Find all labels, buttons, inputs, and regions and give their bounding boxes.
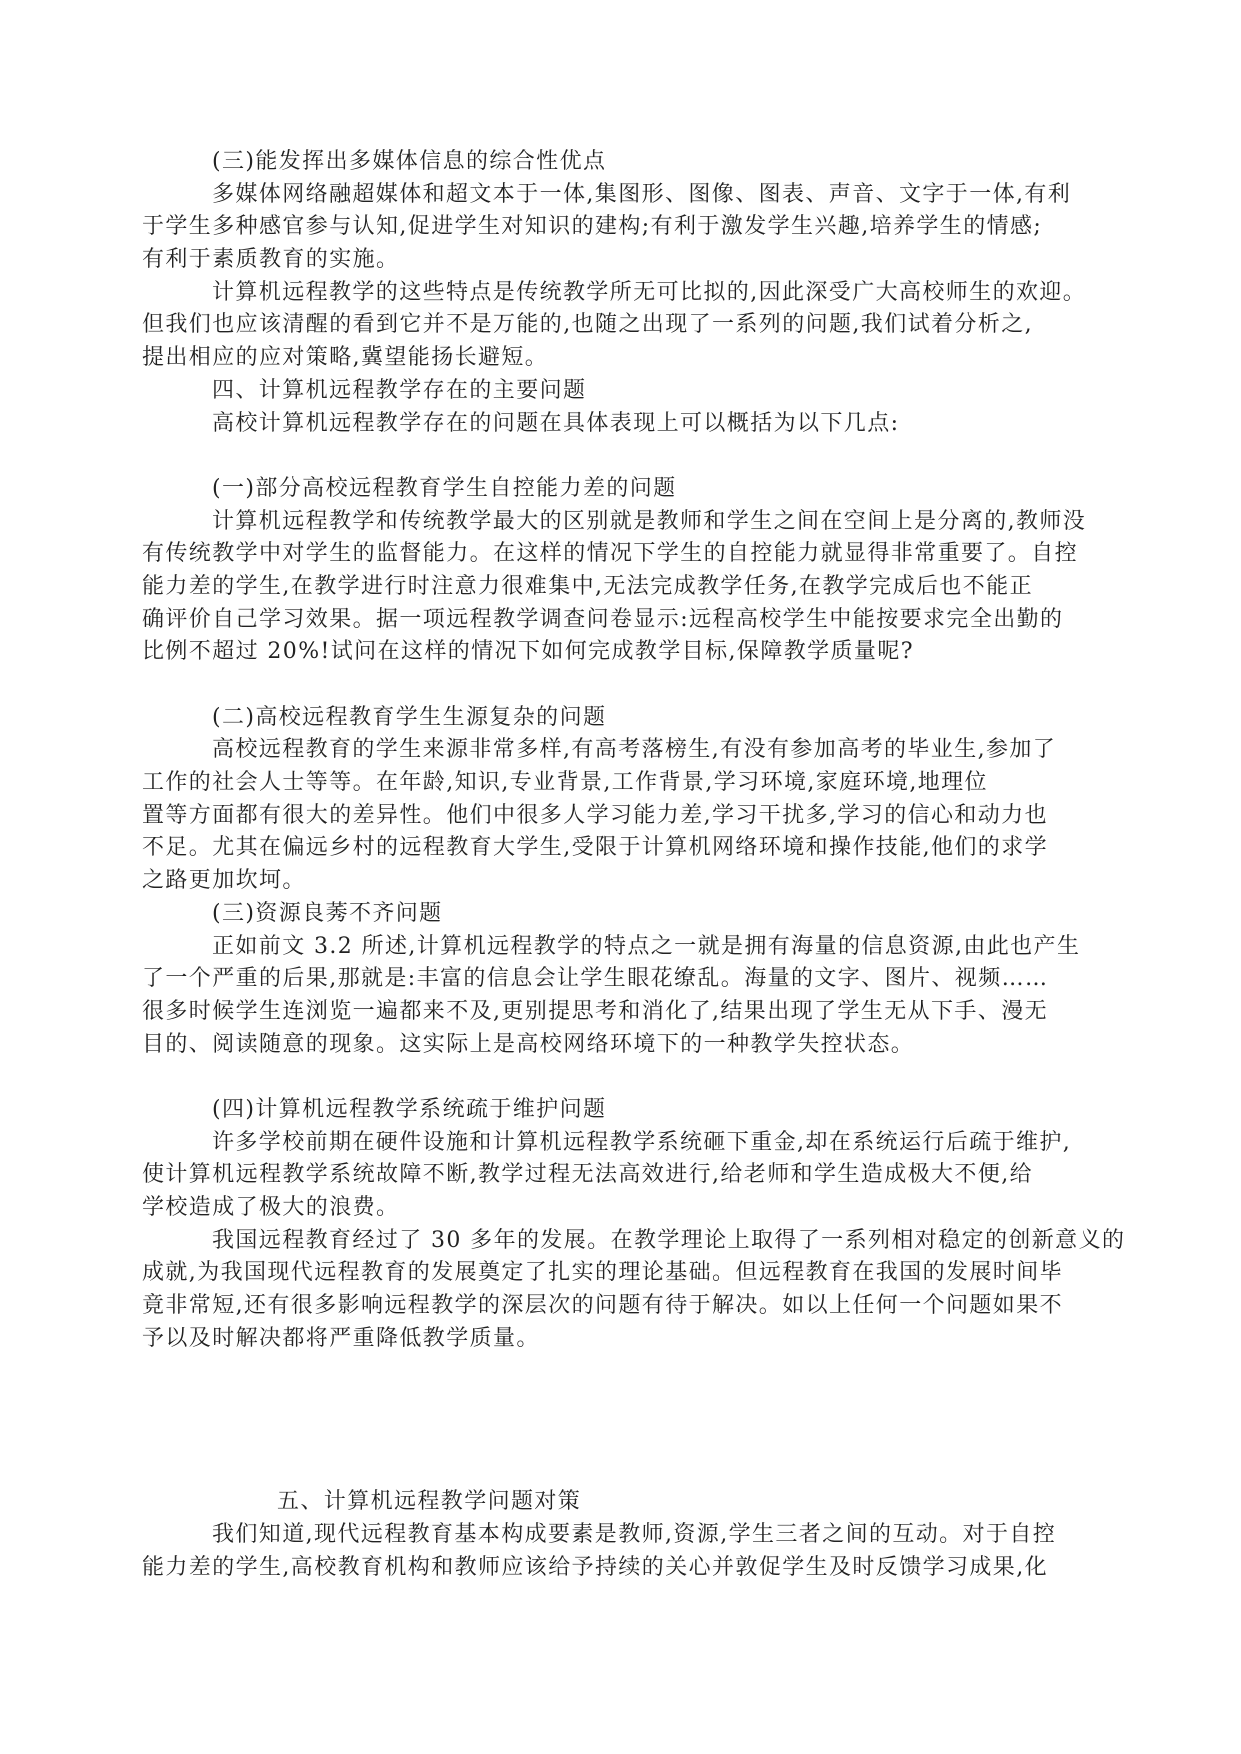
text-line: 学校造成了极大的浪费。 bbox=[142, 1192, 1107, 1225]
text-line: 我们知道,现代远程教育基本构成要素是教师,资源,学生三者之间的互动。对于自控 bbox=[142, 1519, 1107, 1552]
text-line: 了一个严重的后果,那就是:丰富的信息会让学生眼花缭乱。海量的文字、图片、视频…… bbox=[142, 963, 1107, 996]
document-page: (三)能发挥出多媒体信息的综合性优点多媒体网络融超媒体和超文本于一体,集图形、图… bbox=[0, 0, 1241, 1754]
text-line: 许多学校前期在硬件设施和计算机远程教学系统砸下重金,却在系统运行后疏于维护, bbox=[142, 1127, 1107, 1160]
text-line: 多媒体网络融超媒体和超文本于一体,集图形、图像、图表、声音、文字于一体,有利 bbox=[142, 179, 1107, 212]
document-text-block: (三)能发挥出多媒体信息的综合性优点多媒体网络融超媒体和超文本于一体,集图形、图… bbox=[142, 146, 1107, 1584]
blank-line bbox=[142, 669, 1107, 702]
text-line: 计算机远程教学和传统教学最大的区别就是教师和学生之间在空间上是分离的,教师没 bbox=[142, 506, 1107, 539]
text-line: 高校远程教育的学生来源非常多样,有高考落榜生,有没有参加高考的毕业生,参加了 bbox=[142, 734, 1107, 767]
text-line: 不足。尤其在偏远乡村的远程教育大学生,受限于计算机网络环境和操作技能,他们的求学 bbox=[142, 832, 1107, 865]
text-line: 置等方面都有很大的差异性。他们中很多人学习能力差,学习干扰多,学习的信心和动力也 bbox=[142, 800, 1107, 833]
text-line: 很多时候学生连浏览一遍都来不及,更别提思考和消化了,结果出现了学生无从下手、漫无 bbox=[142, 996, 1107, 1029]
text-line: 我国远程教育经过了 30 多年的发展。在教学理论上取得了一系列相对稳定的创新意义… bbox=[142, 1225, 1107, 1258]
text-line: 正如前文 3.2 所述,计算机远程教学的特点之一就是拥有海量的信息资源,由此也产… bbox=[142, 931, 1107, 964]
text-line: 确评价自己学习效果。据一项远程教学调查问卷显示:远程高校学生中能按要求完全出勤的 bbox=[142, 604, 1107, 637]
blank-line bbox=[142, 1355, 1107, 1388]
blank-line bbox=[142, 440, 1107, 473]
heading-line: 五、计算机远程教学问题对策 bbox=[142, 1486, 1107, 1519]
blank-line bbox=[142, 1421, 1107, 1454]
text-line: 有利于素质教育的实施。 bbox=[142, 244, 1107, 277]
text-line: 能力差的学生,高校教育机构和教师应该给予持续的关心并敦促学生及时反馈学习成果,化 bbox=[142, 1552, 1107, 1585]
text-line: 成就,为我国现代远程教育的发展奠定了扎实的理论基础。但远程教育在我国的发展时间毕 bbox=[142, 1257, 1107, 1290]
text-line: 工作的社会人士等等。在年龄,知识,专业背景,工作背景,学习环境,家庭环境,地理位 bbox=[142, 767, 1107, 800]
text-line: 之路更加坎坷。 bbox=[142, 865, 1107, 898]
heading-line: 四、计算机远程教学存在的主要问题 bbox=[142, 375, 1107, 408]
blank-line bbox=[142, 1388, 1107, 1421]
text-line: 能力差的学生,在教学进行时注意力很难集中,无法完成教学任务,在教学完成后也不能正 bbox=[142, 571, 1107, 604]
blank-line bbox=[142, 1454, 1107, 1487]
text-line: 于学生多种感官参与认知,促进学生对知识的建构;有利于激发学生兴趣,培养学生的情感… bbox=[142, 211, 1107, 244]
heading-line: (四)计算机远程教学系统疏于维护问题 bbox=[142, 1094, 1107, 1127]
heading-line: (三)资源良莠不齐问题 bbox=[142, 898, 1107, 931]
text-line: 目的、阅读随意的现象。这实际上是高校网络环境下的一种教学失控状态。 bbox=[142, 1029, 1107, 1062]
heading-line: (一)部分高校远程教育学生自控能力差的问题 bbox=[142, 473, 1107, 506]
text-line: 有传统教学中对学生的监督能力。在这样的情况下学生的自控能力就显得非常重要了。自控 bbox=[142, 538, 1107, 571]
text-line: 使计算机远程教学系统故障不断,教学过程无法高效进行,给老师和学生造成极大不便,给 bbox=[142, 1159, 1107, 1192]
heading-line: (二)高校远程教育学生生源复杂的问题 bbox=[142, 702, 1107, 735]
heading-line: (三)能发挥出多媒体信息的综合性优点 bbox=[142, 146, 1107, 179]
text-line: 计算机远程教学的这些特点是传统教学所无可比拟的,因此深受广大高校师生的欢迎。 bbox=[142, 277, 1107, 310]
text-line: 高校计算机远程教学存在的问题在具体表现上可以概括为以下几点: bbox=[142, 408, 1107, 441]
text-line: 竟非常短,还有很多影响远程教学的深层次的问题有待于解决。如以上任何一个问题如果不 bbox=[142, 1290, 1107, 1323]
blank-line bbox=[142, 1061, 1107, 1094]
text-line: 提出相应的应对策略,冀望能扬长避短。 bbox=[142, 342, 1107, 375]
text-line: 比例不超过 20%!试问在这样的情况下如何完成教学目标,保障教学质量呢? bbox=[142, 636, 1107, 669]
text-line: 予以及时解决都将严重降低教学质量。 bbox=[142, 1323, 1107, 1356]
text-line: 但我们也应该清醒的看到它并不是万能的,也随之出现了一系列的问题,我们试着分析之, bbox=[142, 309, 1107, 342]
